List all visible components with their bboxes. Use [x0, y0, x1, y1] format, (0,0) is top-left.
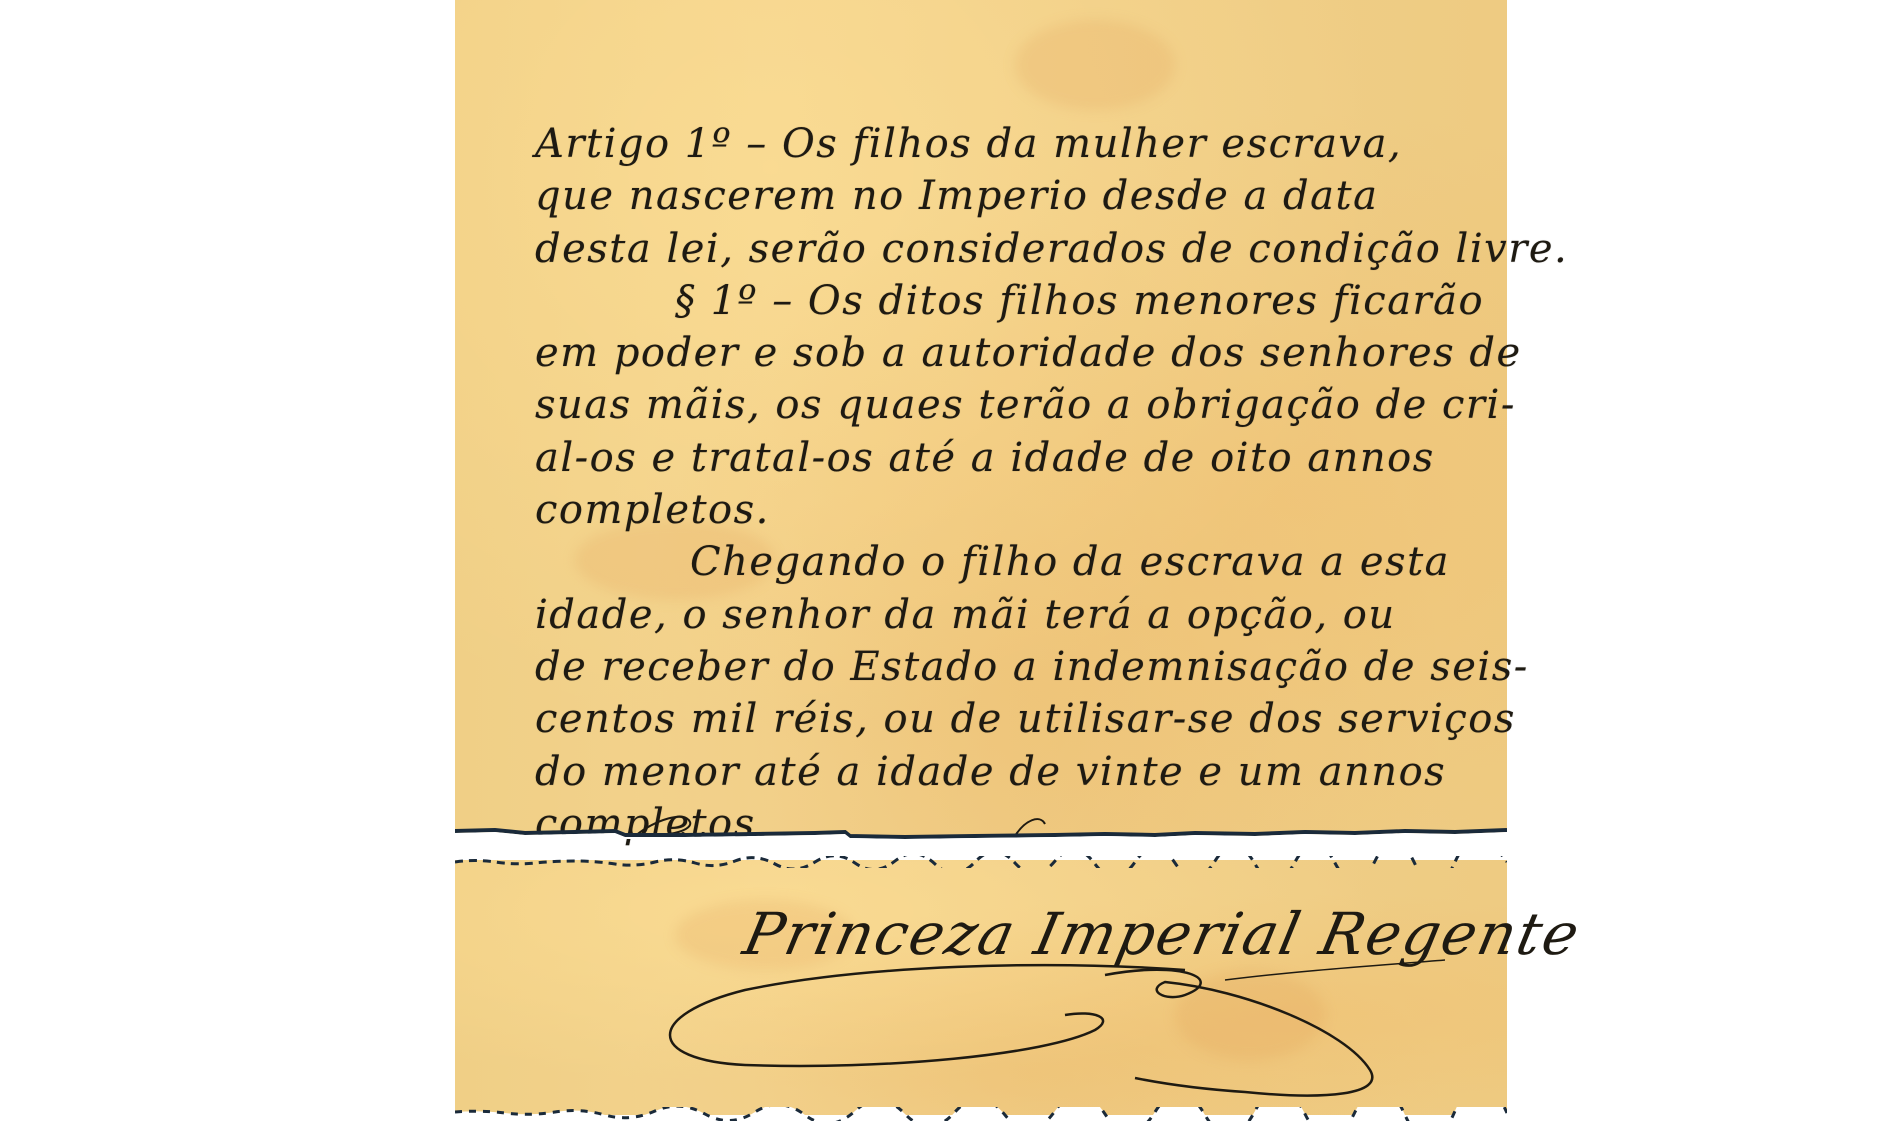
- text-line-paragraph-1: § 1º – Os ditos filhos menores ficarão: [535, 275, 1495, 327]
- text-line: desta lei, serão considerados de condiçã…: [535, 223, 1495, 275]
- text-line: al-os e tratal-os até a idade de oito an…: [535, 432, 1495, 484]
- text-line: completos.: [535, 484, 1495, 536]
- text-line-paragraph-2: Chegando o filho da escrava a esta: [535, 536, 1495, 588]
- article-text: Artigo 1º – Os filhos da mulher escrava,…: [535, 118, 1495, 850]
- text-line: que nascerem no Imperio desde a data: [535, 170, 1495, 222]
- text-line: do menor até a idade de vinte e um annos: [535, 746, 1495, 798]
- document-viewer: Artigo 1º – Os filhos da mulher escrava,…: [0, 0, 1903, 1138]
- text-line: de receber do Estado a indemnisação de s…: [535, 641, 1495, 693]
- text-line: suas mãis, os quaes terão a obrigação de…: [535, 379, 1495, 431]
- paper-stain: [1015, 20, 1175, 110]
- text-line-article-heading: Artigo 1º – Os filhos da mulher escrava,: [535, 118, 1495, 170]
- manuscript-upper-page: Artigo 1º – Os filhos da mulher escrava,…: [455, 0, 1507, 836]
- torn-edge: [455, 856, 1507, 868]
- text-line: idade, o senhor da mãi terá a opção, ou: [535, 589, 1495, 641]
- text-line: centos mil réis, ou de utilisar-se dos s…: [535, 693, 1495, 745]
- torn-edge: [455, 825, 1507, 839]
- signature-flourish: [625, 920, 1445, 1110]
- torn-edge: [455, 1107, 1507, 1121]
- manuscript-signature-strip: Princeza Imperial Regente: [455, 860, 1507, 1115]
- text-line: em poder e sob a autoridade dos senhores…: [535, 327, 1495, 379]
